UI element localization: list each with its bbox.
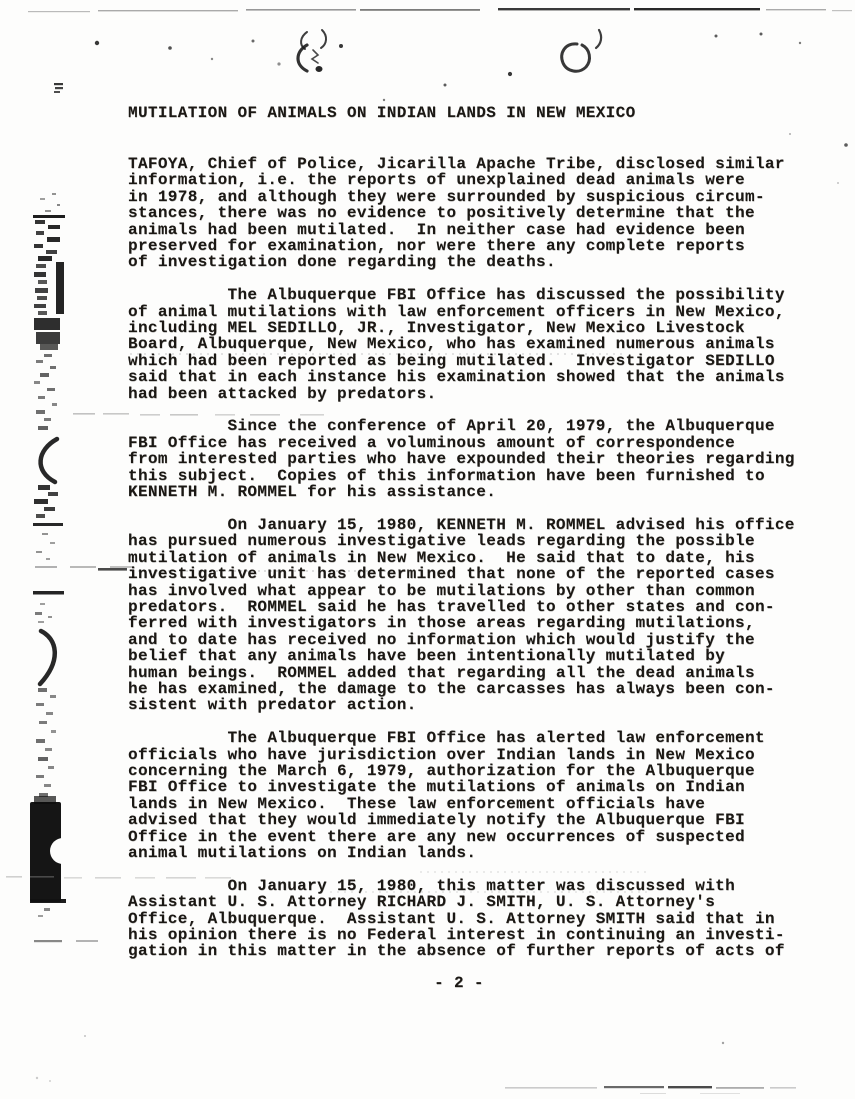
document-body: TAFOYA, Chief of Police, Jicarilla Apach… — [128, 156, 818, 976]
document-page: MUTILATION OF ANIMALS ON INDIAN LANDS IN… — [0, 0, 855, 1099]
scanned-document-screenshot: { "document": { "title": "MUTILATION OF … — [0, 0, 855, 1099]
paragraph-5: The Albuquerque FBI Office has alerted l… — [128, 730, 818, 861]
document-title: MUTILATION OF ANIMALS ON INDIAN LANDS IN… — [128, 104, 636, 122]
top-edge-scan-line — [28, 8, 852, 12]
paragraph-4: On January 15, 1980, KENNETH M. ROMMEL a… — [128, 517, 818, 714]
paragraph-6: On January 15, 1980, this matter was dis… — [128, 878, 818, 960]
paragraph-1: TAFOYA, Chief of Police, Jicarilla Apach… — [128, 156, 818, 271]
paragraph-3: Since the conference of April 20, 1979, … — [128, 418, 818, 500]
paragraph-2: The Albuquerque FBI Office has discussed… — [128, 287, 818, 402]
left-binding-noise — [30, 193, 76, 917]
bottom-edge-scan-line — [505, 1086, 796, 1094]
page-number: - 2 - — [128, 974, 790, 992]
handwritten-mark-right — [562, 30, 601, 71]
handwritten-mark-left — [277, 30, 326, 72]
